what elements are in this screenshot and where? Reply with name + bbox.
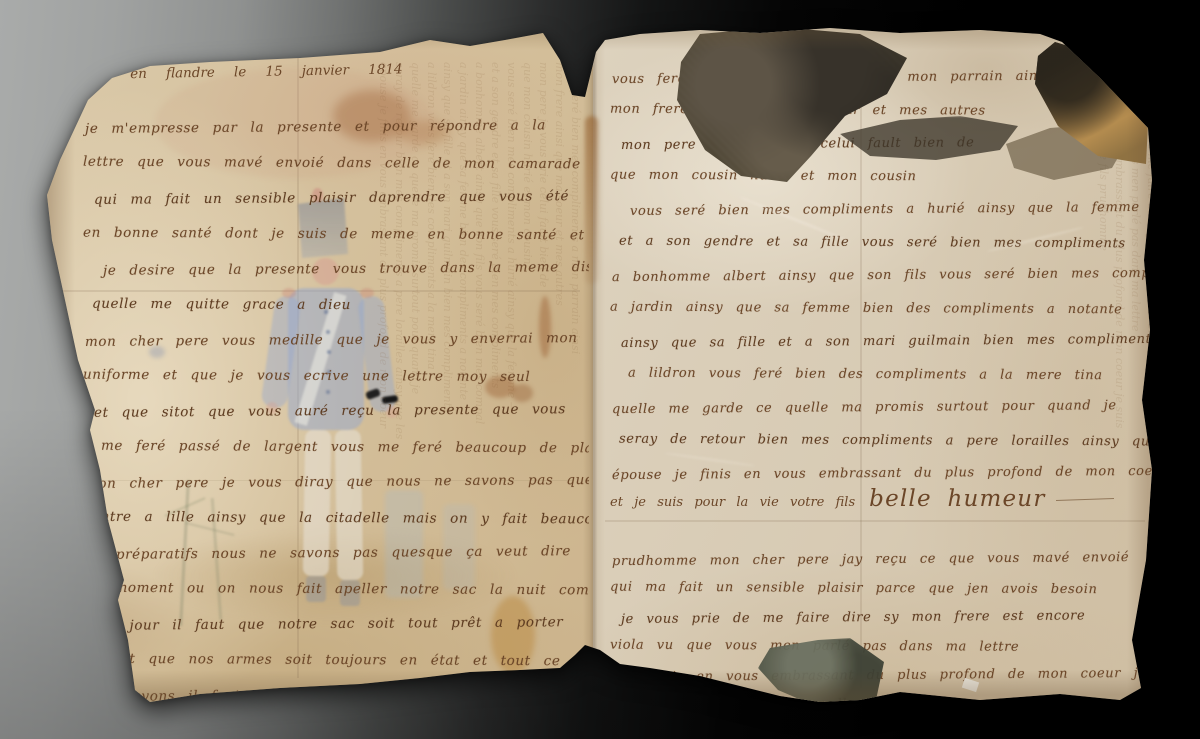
handwritten-line: et que sitot que vous auré reçu la prese… bbox=[85, 392, 589, 431]
handwritten-line: pour la vie votre fils prudhomme bbox=[610, 690, 1154, 720]
handwritten-line: qui ma fait un sensible plaisir parce qu… bbox=[1159, 68, 1175, 668]
handwritten-line: quelle me garde ce quelle ma promis surt… bbox=[612, 390, 1154, 427]
handwritten-line: mon cher pere je vous diray que nous ne … bbox=[85, 463, 589, 502]
handwritten-line: nous avons il faut que tout soit prêt a … bbox=[85, 676, 589, 714]
left-page-text: je m'empresse par la presente et pour ré… bbox=[83, 110, 589, 714]
letter-sheet-wrap: vous feré bien mes compliments a mon par… bbox=[45, 28, 1155, 704]
signature-flourish bbox=[1056, 498, 1114, 501]
handwritten-line: quelle me quitte grace a dieu bbox=[83, 286, 589, 324]
signoff-text: et je suis pour la vie votre fils bbox=[610, 495, 855, 510]
handwritten-line: je m'empresse par la presente et pour ré… bbox=[85, 110, 589, 147]
handwritten-line: lettre que vous mavé envoié dans celle d… bbox=[83, 144, 589, 182]
handwritten-line: seray de retour bien mes compliments a p… bbox=[610, 424, 1154, 460]
handwritten-line: qui ma fait un sensible plaisir daprendr… bbox=[85, 179, 589, 218]
handwritten-line: le jour il faut que notre sac soit tout … bbox=[85, 605, 589, 644]
signature-name: belle humeur bbox=[869, 486, 1045, 512]
handwritten-line: a bonhomme albert ainsy que son fils vou… bbox=[612, 258, 1154, 295]
handwritten-line: prudhomme mon cher pere jay reçu ce que … bbox=[612, 546, 1154, 577]
handwritten-line: a jardin ainsy que sa femme bien des com… bbox=[610, 292, 1154, 328]
handwritten-line: a lildron vous feré bien des compliments… bbox=[610, 358, 1154, 394]
handwritten-line: ainsy que sa fille et a son mari guilmai… bbox=[612, 324, 1154, 361]
handwritten-line: mon cher pere vous medille que je vous y… bbox=[85, 321, 589, 360]
handwritten-line: vous seré bien mes compliments a hurié a… bbox=[612, 192, 1154, 229]
handwritten-line: me feré passé de largent vous me feré be… bbox=[83, 428, 589, 466]
handwritten-line: viola vu que vous men parlé pas dans ma … bbox=[610, 632, 1154, 664]
crease-horizontal-right bbox=[605, 520, 1145, 522]
photo-backdrop: vous feré bien mes compliments a mon par… bbox=[0, 0, 1200, 739]
handwritten-line: prudhomme mon cher pere jay reçu ce que … bbox=[1175, 68, 1191, 668]
handwritten-line: il faut que nos armes soit toujours en é… bbox=[83, 641, 589, 679]
handwritten-line: du moment ou on nous fait apeller notre … bbox=[83, 570, 589, 608]
handwritten-line: en bonne santé dont je suis de meme en b… bbox=[83, 215, 589, 253]
right-page-text-lower: prudhomme mon cher pere jay reçu ce que … bbox=[610, 546, 1154, 720]
letter-sheet: vous feré bien mes compliments a mon par… bbox=[45, 28, 1155, 704]
handwritten-line: uniforme et que je vous ecrive une lettr… bbox=[83, 357, 589, 395]
handwritten-line: je vous prie de me faire dire sy mon fre… bbox=[612, 602, 1154, 635]
signature-line: et je suis pour la vie votre filsbelle h… bbox=[610, 486, 1170, 512]
handwritten-line: entre a lille ainsy que la citadelle mai… bbox=[83, 499, 589, 537]
edge-rust-dot bbox=[63, 372, 77, 386]
edge-rust-left bbox=[47, 350, 75, 420]
handwritten-line: je desire que la presente vous trouve da… bbox=[85, 250, 589, 289]
handwritten-line: de préparatifs nous ne savons pas quesqu… bbox=[85, 534, 589, 573]
handwritten-line: qui ma fait un sensible plaisir parce qu… bbox=[610, 574, 1154, 606]
